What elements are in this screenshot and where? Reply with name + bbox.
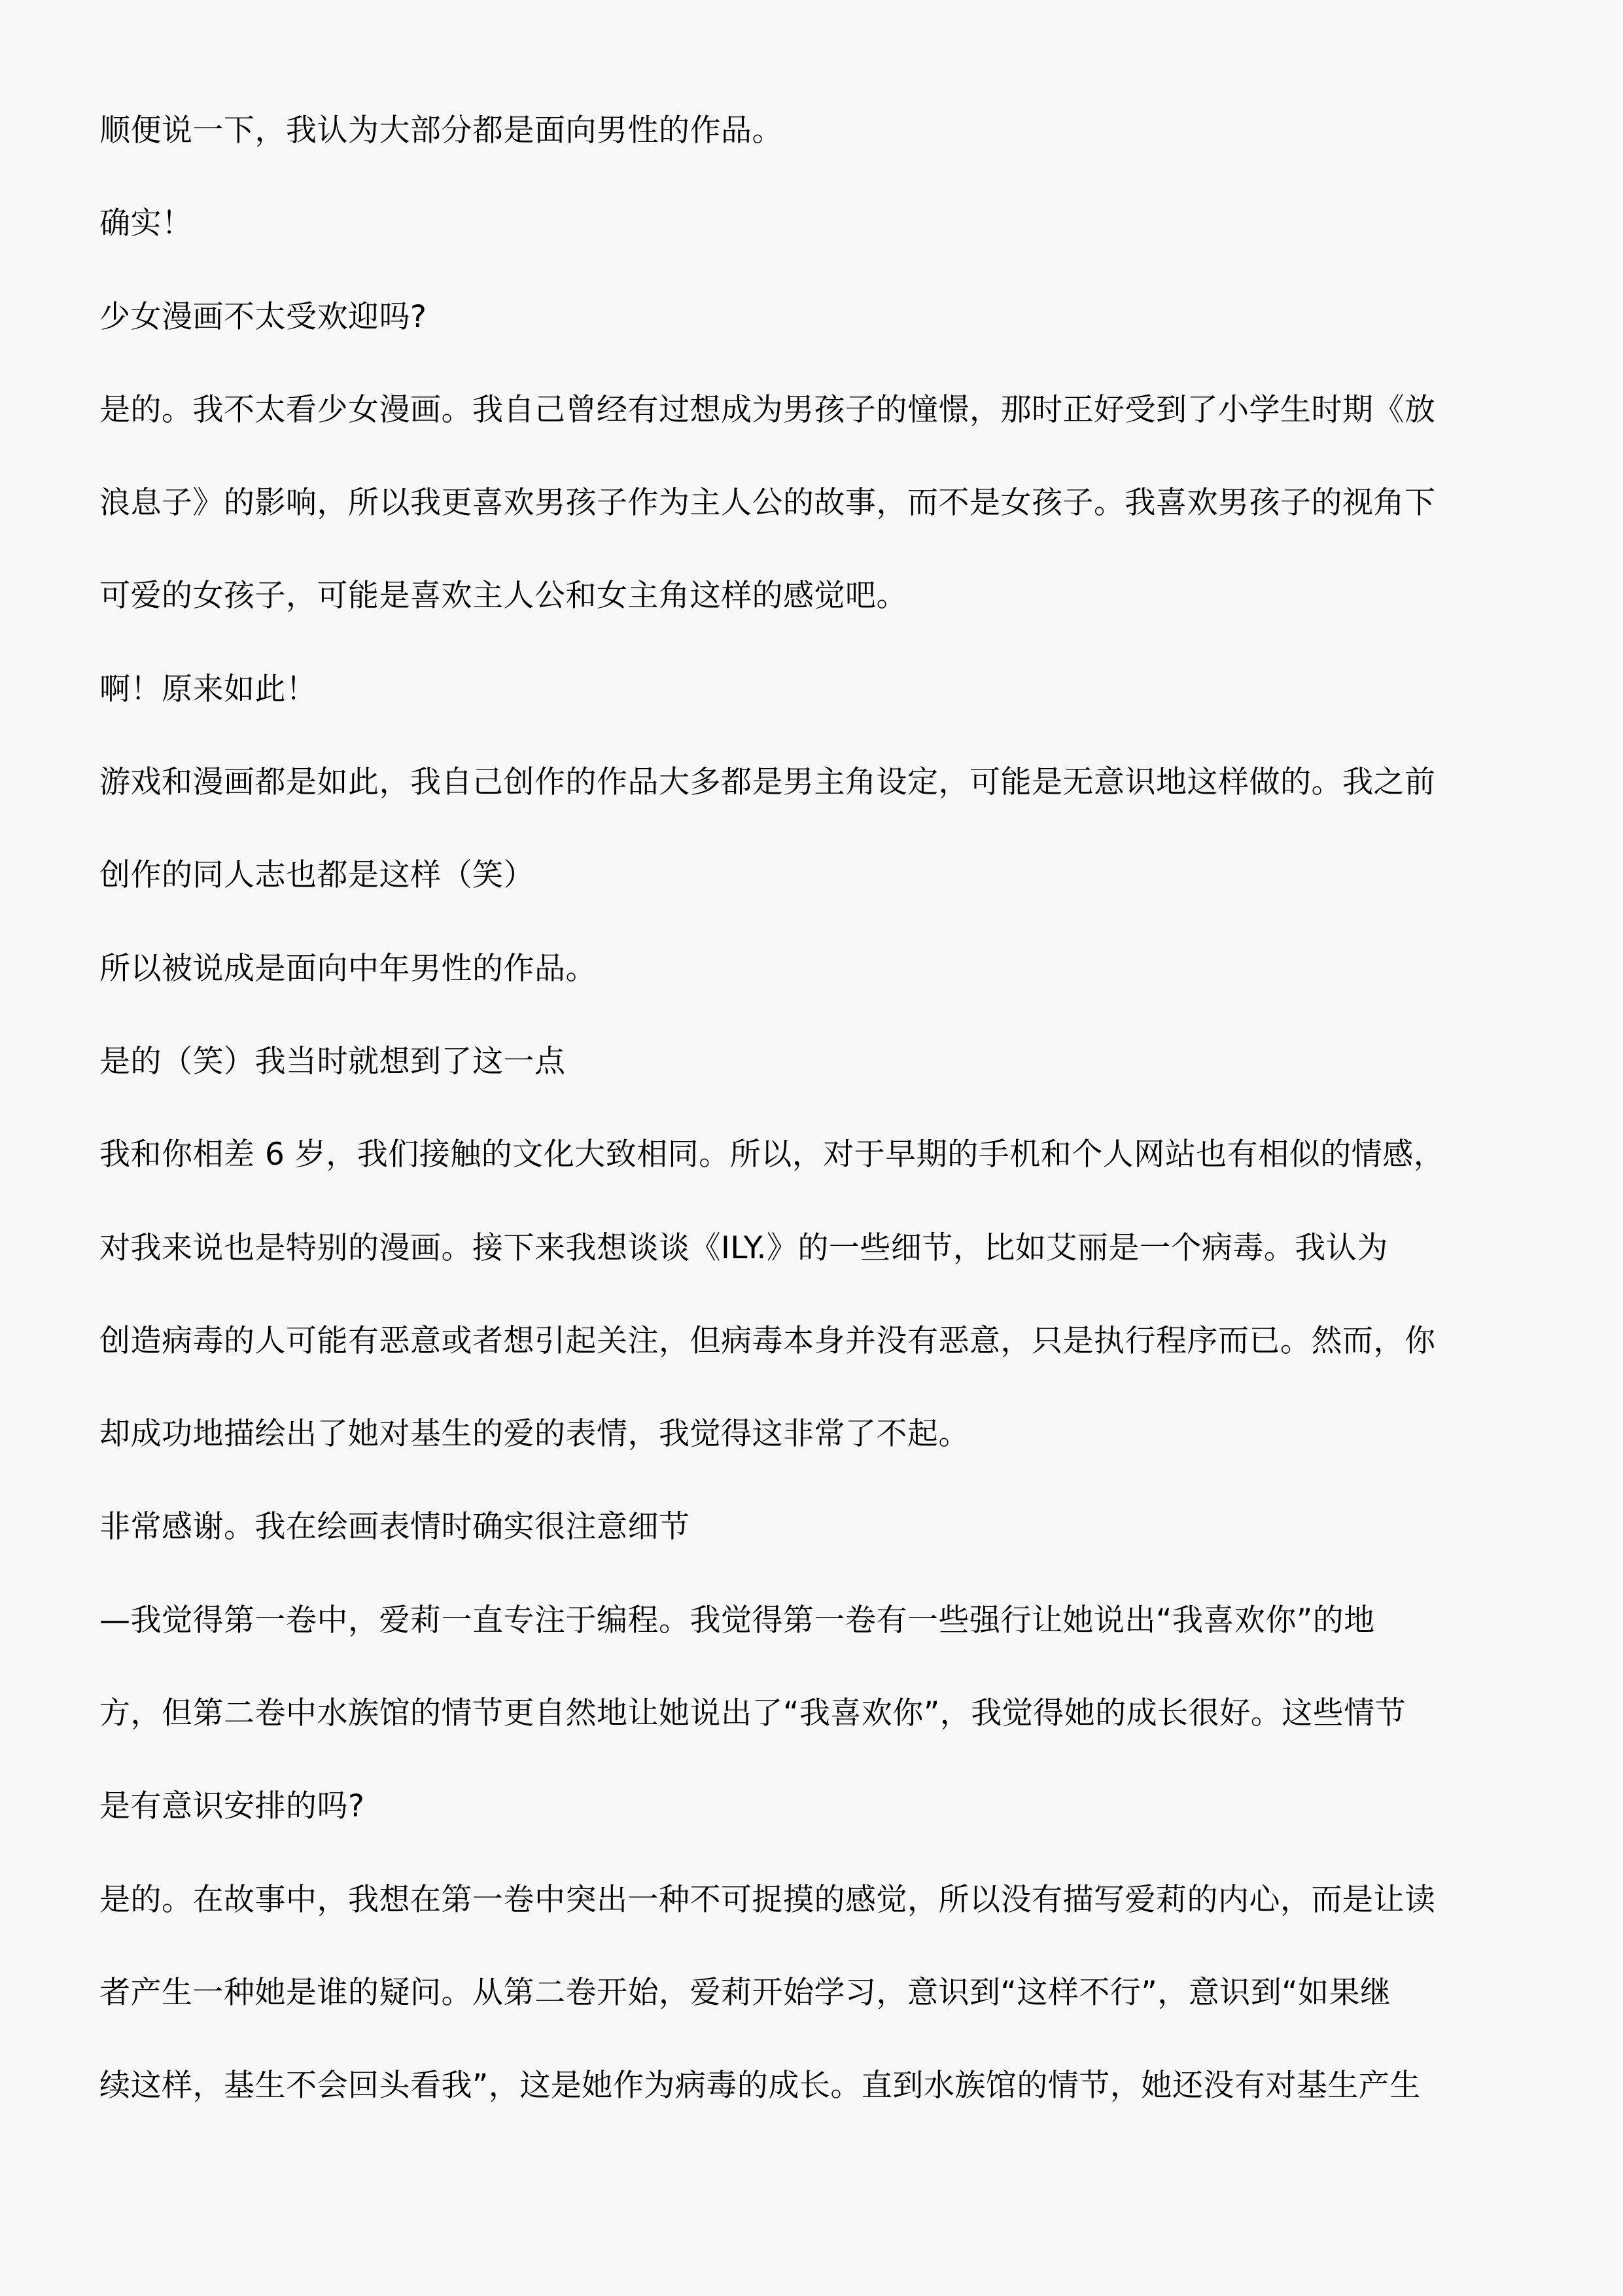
text-line: 续这样，基生不会回头看我”，这是她作为病毒的成长。直到水族馆的情节，她还没有对基… bbox=[99, 2052, 1526, 2145]
text-line: 是有意识安排的吗? bbox=[99, 1773, 1526, 1865]
text-line: 可爱的女孩子，可能是喜欢主人公和女主角这样的感觉吧。 bbox=[99, 562, 1526, 655]
text-line: 非常感谢。我在绘画表情时确实很注意细节 bbox=[99, 1493, 1526, 1586]
document-body: 顺便说一下，我认为大部分都是面向男性的作品。 确实！ 少女漫画不太受欢迎吗? 是… bbox=[99, 97, 1526, 2146]
text-line: 对我来说也是特别的漫画。接下来我想谈谈《ILY.》的一些细节，比如艾丽是一个病毒… bbox=[99, 1214, 1526, 1307]
text-line: 浪息子》的影响，所以我更喜欢男孩子作为主人公的故事，而不是女孩子。我喜欢男孩子的… bbox=[99, 469, 1526, 562]
text-line: 创作的同人志也都是这样（笑） bbox=[99, 841, 1526, 934]
text-line: 游戏和漫画都是如此，我自己创作的作品大多都是男主角设定，可能是无意识地这样做的。… bbox=[99, 749, 1526, 841]
text-line: 确实！ bbox=[99, 190, 1526, 283]
text-line: 是的。在故事中，我想在第一卷中突出一种不可捉摸的感觉，所以没有描写爱莉的内心，而… bbox=[99, 1866, 1526, 1959]
text-line: 创造病毒的人可能有恶意或者想引起关注，但病毒本身并没有恶意，只是执行程序而已。然… bbox=[99, 1307, 1526, 1400]
text-line: 是的。我不太看少女漫画。我自己曾经有过想成为男孩子的憧憬，那时正好受到了小学生时… bbox=[99, 376, 1526, 469]
text-line: 顺便说一下，我认为大部分都是面向男性的作品。 bbox=[99, 97, 1526, 190]
text-line: —我觉得第一卷中，爱莉一直专注于编程。我觉得第一卷有一些强行让她说出“我喜欢你”… bbox=[99, 1587, 1526, 1680]
text-line: 者产生一种她是谁的疑问。从第二卷开始，爱莉开始学习，意识到“这样不行”，意识到“… bbox=[99, 1959, 1526, 2052]
text-line: 方，但第二卷中水族馆的情节更自然地让她说出了“我喜欢你”，我觉得她的成长很好。这… bbox=[99, 1680, 1526, 1773]
text-line: 所以被说成是面向中年男性的作品。 bbox=[99, 935, 1526, 1028]
text-line: 我和你相差 6 岁，我们接触的文化大致相同。所以，对于早期的手机和个人网站也有相… bbox=[99, 1121, 1526, 1214]
text-line: 啊！原来如此！ bbox=[99, 656, 1526, 749]
text-line: 是的（笑）我当时就想到了这一点 bbox=[99, 1028, 1526, 1121]
text-line: 少女漫画不太受欢迎吗? bbox=[99, 283, 1526, 376]
text-line: 却成功地描绘出了她对基生的爱的表情，我觉得这非常了不起。 bbox=[99, 1400, 1526, 1493]
